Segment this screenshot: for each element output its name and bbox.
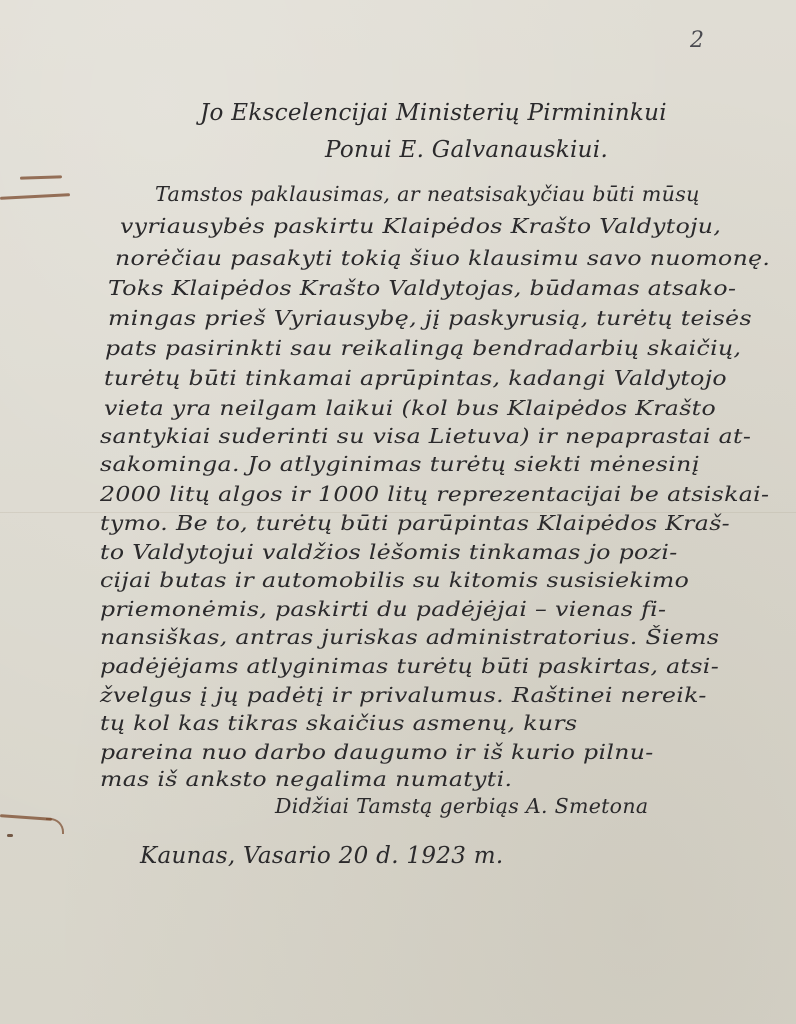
- body-line: 2000 litų algos ir 1000 litų reprezentac…: [100, 482, 769, 506]
- body-line: žvelgus į jų padėtį ir privalumus. Rašti…: [100, 683, 707, 707]
- body-line: vyriausybės paskirtu Klaipėdos Krašto Va…: [120, 214, 721, 238]
- body-line: turėtų būti tinkamai aprūpintas, kadangi…: [104, 366, 727, 390]
- body-line: mingas prieš Vyriausybę, jį paskyrusią, …: [108, 306, 752, 330]
- body-line: Toks Klaipėdos Krašto Valdytojas, būdama…: [108, 276, 736, 300]
- body-line: cijai butas ir automobilis su kitomis su…: [100, 568, 689, 592]
- addressee-line-2: Ponui E. Galvanauskiui.: [325, 137, 608, 163]
- body-line: pareina nuo darbo daugumo ir iš kurio pi…: [100, 740, 654, 764]
- body-line: padėjėjams atlyginimas turėtų būti paski…: [100, 654, 719, 678]
- letter-page: 2 Jo Ekscelencijai Ministerių Pirmininku…: [0, 0, 796, 1024]
- page-number: 2: [690, 28, 704, 53]
- body-line: tymo. Be to, turėtų būti parūpintas Klai…: [100, 511, 730, 535]
- body-line: pats pasirinkti sau reikalingą bendradar…: [105, 336, 741, 360]
- closing-signature: Didžiai Tamstą gerbiąs A. Smetona: [275, 794, 648, 818]
- rust-mark: [0, 193, 70, 200]
- body-line: santykiai suderinti su visa Lietuva) ir …: [100, 424, 751, 448]
- dateline: Kaunas, Vasario 20 d. 1923 m.: [140, 843, 503, 869]
- body-line: Tamstos paklausimas, ar neatsisakyčiau b…: [155, 182, 780, 206]
- body-line: nansiškas, antras juriskas administrator…: [100, 625, 719, 649]
- body-line: mas iš anksto negalima numatyti.: [100, 767, 512, 791]
- body-line: tų kol kas tikras skaičius asmenų, kurs: [100, 711, 577, 735]
- rust-mark: [0, 814, 52, 821]
- body-line: norėčiau pasakyti tokią šiuo klausimu sa…: [115, 246, 770, 270]
- body-line: sakominga. Jo atlyginimas turėtų siekti …: [100, 452, 700, 476]
- body-line: vieta yra neilgam laikui (kol bus Klaipė…: [104, 396, 716, 420]
- rust-mark: [20, 175, 62, 179]
- addressee-line-1: Jo Ekscelencijai Ministerių Pirmininkui: [200, 100, 667, 126]
- rust-hook-mark: [46, 818, 64, 834]
- rust-mark: [7, 834, 13, 837]
- body-line: to Valdytojui valdžios lėšomis tinkamas …: [100, 540, 678, 564]
- body-line: priemonėmis, paskirti du padėjėjai – vie…: [100, 597, 666, 621]
